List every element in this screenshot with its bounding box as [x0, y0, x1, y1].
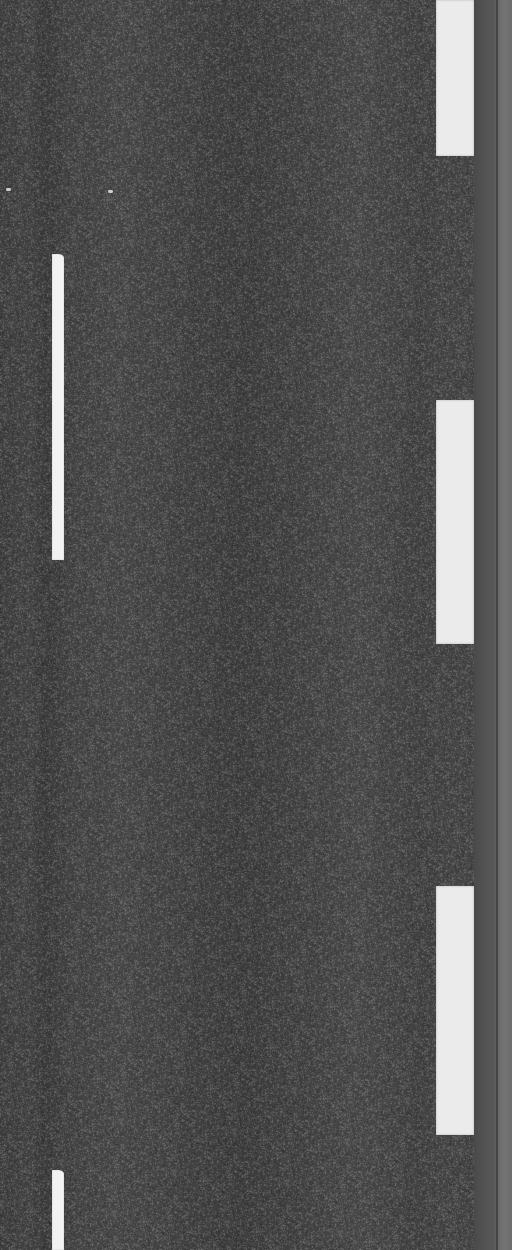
center-lane-dash	[52, 254, 64, 560]
edge-lane-block	[436, 886, 474, 1135]
edge-lane-block	[436, 0, 474, 156]
edge-lane-block	[436, 400, 474, 644]
center-lane-dash	[52, 1170, 64, 1250]
debris-speck	[6, 188, 11, 191]
debris-speck	[108, 190, 113, 193]
curb-edge	[496, 0, 498, 1250]
road-shoulder	[474, 0, 512, 1250]
